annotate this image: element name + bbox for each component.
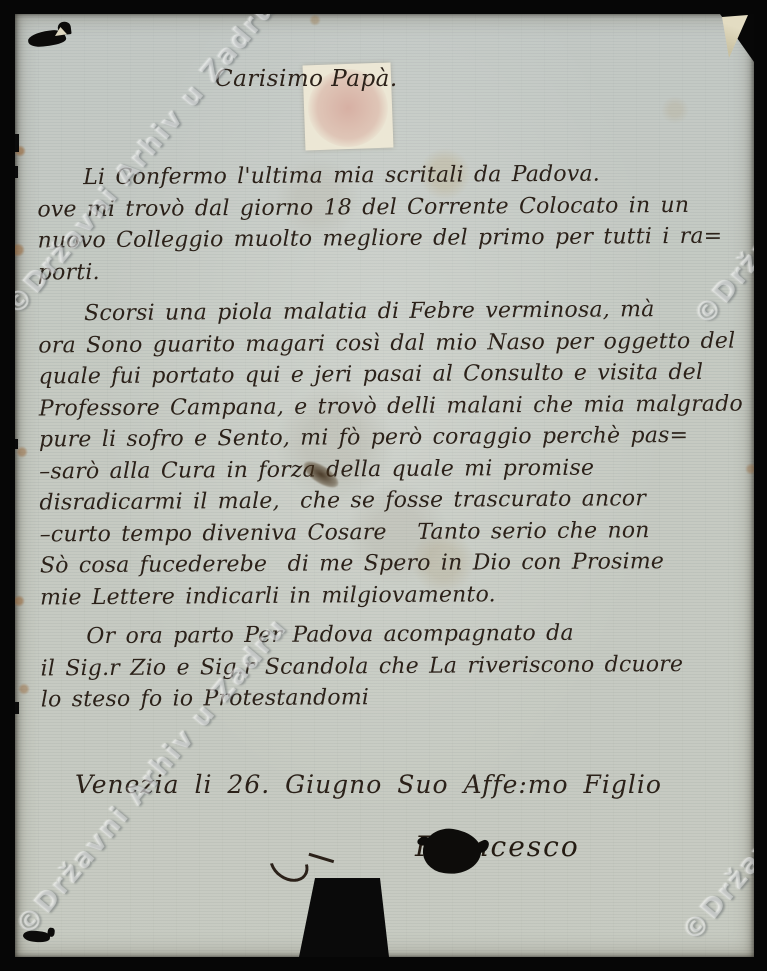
letter-line: Sò cosa fucederebe di me Spero in Dio co… [40,546,748,582]
letter-line: porti. [38,252,746,288]
letter-line: lo steso fo io Protestandomi [41,680,749,716]
letter-line: mie Lettere indicarli in milgiovamento. [40,577,748,613]
letter-line: Scorsi una piola malatia di Febre vermin… [38,294,746,330]
edge-notch [15,702,19,714]
edge-notch [15,439,18,449]
letter-line: nuovo Colleggio muolto megliore del prim… [38,221,746,257]
letter-line: quale fui portato qui e jeri pasai al Co… [38,357,746,393]
letter-paragraph: Scorsi una piola malatia di Febre vermin… [38,294,748,614]
signature-flourish [263,839,316,889]
letter-line: ora Sono guarito magari così dal mio Nas… [38,325,746,361]
letter-line: Li Confermo l'ultima mia scritali da Pad… [37,158,745,194]
letter-body: Li Confermo l'ultima mia scritali da Pad… [37,158,749,716]
letter-line: Or ora parto Per Padova acompagnato da [40,617,748,653]
scan-canvas: Carisimo Papà. Li Confermo l'ultima mia … [0,0,767,971]
letter-line: –sarò alla Cura in forza della quale mi … [39,451,747,487]
letter-line: ove mi trovò dal giorno 18 del Corrente … [37,189,745,225]
letter-page: Carisimo Papà. Li Confermo l'ultima mia … [15,14,754,957]
letter-line: –curto tempo diveniva Cosare Tanto serio… [40,514,748,550]
letter-line: pure li sofro e Sento, mi fò però coragg… [39,420,747,456]
ink-mark-bottom-left [22,929,50,943]
letter-paragraph: Or ora parto Per Padova acompagnato dail… [40,617,749,716]
letter-line: Professore Campana, e trovò delli malani… [39,388,747,424]
letter-closing-dateline: Venezia li 26. Giugno Suo Affe:mo Figlio [75,770,662,799]
edge-notch [15,134,19,152]
letter-salutation: Carisimo Papà. [215,66,398,92]
letter-paragraph: Li Confermo l'ultima mia scritali da Pad… [37,158,746,289]
bottom-cutout [295,878,395,957]
letter-line: disradicarmi il male, che se fosse trasc… [39,483,747,519]
edge-notch [15,166,18,178]
letter-line: il Sig.r Zio e Sig.r Scandola che La riv… [41,648,749,684]
